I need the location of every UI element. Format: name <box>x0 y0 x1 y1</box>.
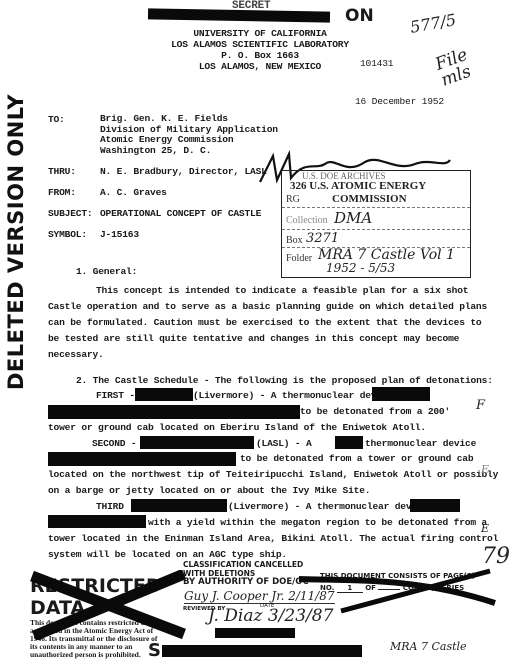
margin-mark: E <box>481 463 489 476</box>
symbol-label: SYMBOL: <box>48 229 87 240</box>
archive-rg: RG <box>286 194 300 205</box>
second-label: SECOND - <box>92 438 136 449</box>
third-lab: (Livermore) - A thermonuclear device <box>228 501 428 512</box>
classif-line: BY AUTHORITY OF DOE/OC <box>183 578 309 587</box>
body-line: to be detonated from a 200' <box>300 406 450 417</box>
redaction-bar <box>410 499 460 512</box>
symbol-value: J-15163 <box>100 229 139 240</box>
redaction-bar <box>140 436 254 449</box>
body-line: Castle operation and to serve as a basic… <box>48 301 487 312</box>
archive-folder-label: Folder <box>286 253 312 264</box>
body-line: can be formulated. Caution must be exerc… <box>48 317 481 328</box>
archive-line2: 326 U.S. ATOMIC ENERGY <box>290 180 426 192</box>
margin-mark: E <box>481 522 489 535</box>
margin-mark: F <box>476 398 485 413</box>
first-lab: (Livermore) - A thermonuclear device <box>193 390 393 401</box>
org-line: P. O. Box 1663 <box>150 50 370 61</box>
redaction-bar <box>131 499 227 512</box>
letterhead: UNIVERSITY OF CALIFORNIA LOS ALAMOS SCIE… <box>150 28 370 72</box>
first-label: FIRST - <box>96 390 135 401</box>
redaction-bar <box>372 387 430 401</box>
thru-value: N. E. Bradbury, Director, LASL <box>100 166 267 177</box>
redaction-bar <box>148 8 330 22</box>
to-label: TO: <box>48 114 65 125</box>
subject-value: OPERATIONAL CONCEPT OF CASTLE <box>100 208 261 219</box>
third-label: THIRD - <box>96 501 135 512</box>
body-line: tower or ground cab located on Eberiru I… <box>48 422 426 433</box>
subject-label: SUBJECT: <box>48 208 92 219</box>
redaction-bar <box>48 405 300 419</box>
redaction-bar <box>335 436 363 449</box>
archive-line3: COMMISSION <box>332 193 407 205</box>
classification-bottom: S <box>148 640 161 661</box>
body-line: with a yield within the megaton region t… <box>148 517 487 528</box>
to-line: Washington 25, D. C. <box>100 146 278 157</box>
redaction-bar <box>48 515 146 528</box>
bottom-handwriting: MRA 7 Castle <box>390 640 467 653</box>
body-line: be tested are still quite tentative and … <box>48 333 459 344</box>
archive-folder-value2: 1952 - 5/53 <box>326 261 395 275</box>
org-line: LOS ALAMOS, NEW MEXICO <box>150 61 370 72</box>
redaction-bar <box>48 452 236 466</box>
to-line: Atomic Energy Commission <box>100 135 278 146</box>
second-device: thermonuclear device <box>365 438 476 449</box>
org-line: LOS ALAMOS SCIENTIFIC LABORATORY <box>150 39 370 50</box>
classification-cancelled-stamp: CLASSIFICATION CANCELLED WITH DELETIONS … <box>183 561 309 587</box>
redaction-bar <box>135 388 193 401</box>
section-2-heading: 2. The Castle Schedule - The following i… <box>76 375 493 386</box>
body-line: system will be located on an AGC type sh… <box>48 549 287 560</box>
memo-date: 16 December 1952 <box>355 96 444 107</box>
archive-box-label: Box <box>286 235 303 246</box>
section-1-heading: 1. General: <box>76 266 137 277</box>
from-value: A. C. Graves <box>100 187 167 198</box>
archive-collection-value: DMA <box>334 209 372 227</box>
body-line: to be detonated from a tower or ground c… <box>240 453 473 464</box>
cross-out-x <box>28 570 188 640</box>
org-line: UNIVERSITY OF CALIFORNIA <box>150 28 370 39</box>
doc-number: 101431 <box>360 58 393 69</box>
archive-box-value: 3271 <box>306 231 339 246</box>
archive-collection-label: Collection <box>286 215 328 226</box>
handwritten-ref: 577/5 <box>409 10 458 37</box>
handwritten-file: File mls <box>433 44 482 90</box>
to-recipient: Brig. Gen. K. E. Fields Division of Mili… <box>100 114 278 156</box>
body-line: on a barge or jetty located on or about … <box>48 485 370 496</box>
redaction-bar <box>215 628 295 638</box>
redaction-bar <box>162 645 362 657</box>
cross-out-x <box>295 565 505 615</box>
body-line: tower located in the Eninman Island Area… <box>48 533 498 544</box>
archive-stamp: U.S. DOE ARCHIVES 326 U.S. ATOMIC ENERGY… <box>281 170 471 278</box>
second-lab: (LASL) - A <box>256 438 312 449</box>
deleted-version-stamp: DELETED VERSION ONLY <box>4 94 28 390</box>
from-label: FROM: <box>48 187 76 198</box>
thru-label: THRU: <box>48 166 76 177</box>
body-line: This concept is intended to indicate a f… <box>96 285 468 296</box>
body-line: located on the northwest tip of Teiteiri… <box>48 469 498 480</box>
body-line: necessary. <box>48 349 104 360</box>
classification-line2: ON <box>345 6 374 26</box>
to-line: Brig. Gen. K. E. Fields <box>100 114 278 125</box>
